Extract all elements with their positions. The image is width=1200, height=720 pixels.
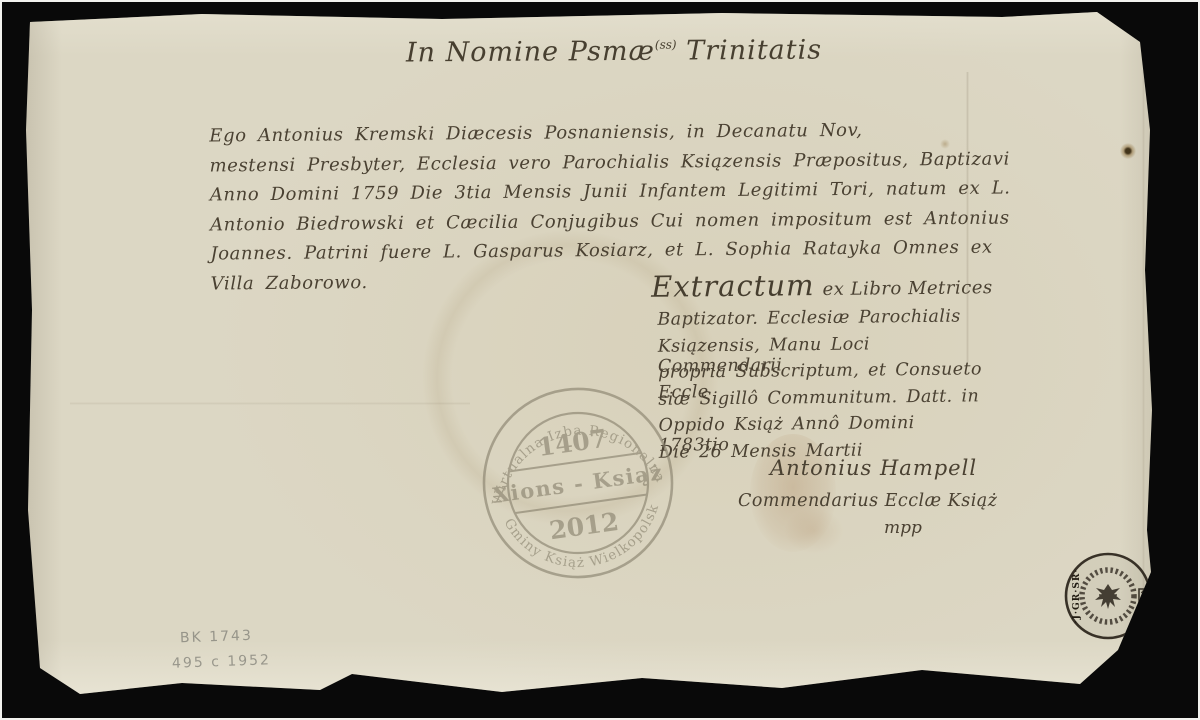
fold-crease-right — [1142, 70, 1145, 610]
extract-heading: Extractum — [651, 268, 815, 304]
title-superscript: (ss) — [655, 38, 677, 52]
ink-stain-small — [784, 508, 844, 554]
extract-line: Oppido Książ Annô Domini 1783tio — [658, 412, 992, 442]
title-part1: In Nomine Psmæ — [406, 36, 655, 69]
page-number: 1 — [1152, 48, 1160, 63]
extract-line: Baptizator. Ecclesiæ Parochialis — [657, 306, 991, 336]
pencil-note: BK 1743 — [180, 628, 253, 647]
extract-line: propria Subscriptum, et Consueto Eccle — [658, 359, 992, 389]
extract-line: Ksiązensis, Manu Loci Commendarii — [658, 333, 992, 363]
extract-attestation: Extractumex Libro Metrices Baptizator. E… — [651, 266, 993, 469]
extract-heading-line: Extractumex Libro Metrices — [651, 266, 991, 310]
document-title: In Nomine Psmæ(ss) Trinitatis — [374, 34, 854, 68]
signature-role: Commendarius Ecclæ Książ — [738, 491, 997, 511]
extract-heading-rest: ex Libro Metrices — [822, 277, 992, 300]
extract-line: siæ Sigillô Communitum. Datt. in — [658, 386, 992, 416]
seal-text: ·J·GR·SR· — [1072, 569, 1082, 624]
signature-manu-propria: mpp — [884, 518, 922, 538]
stamp-year-bottom: 2012 — [548, 507, 621, 545]
pencil-note: 495 c 1952 — [172, 652, 271, 671]
parish-seal: ·J·GR·SR· — [1058, 546, 1158, 646]
fold-crease-horizontal — [70, 402, 470, 405]
archive-watermark-stamp: Wirtualna Izba Regionalna Gminy Książ Wi… — [465, 370, 691, 596]
document-page: 1 In Nomine Psmæ(ss) Trinitatis Ego Anto… — [22, 10, 1154, 710]
stamp-year-top: 1407 — [536, 424, 609, 462]
signature-name: Antonius Hampell — [770, 456, 977, 480]
scan-background: 1 In Nomine Psmæ(ss) Trinitatis Ego Anto… — [0, 0, 1200, 720]
foxing-spot — [1120, 143, 1136, 159]
title-part2: Trinitatis — [686, 35, 822, 67]
